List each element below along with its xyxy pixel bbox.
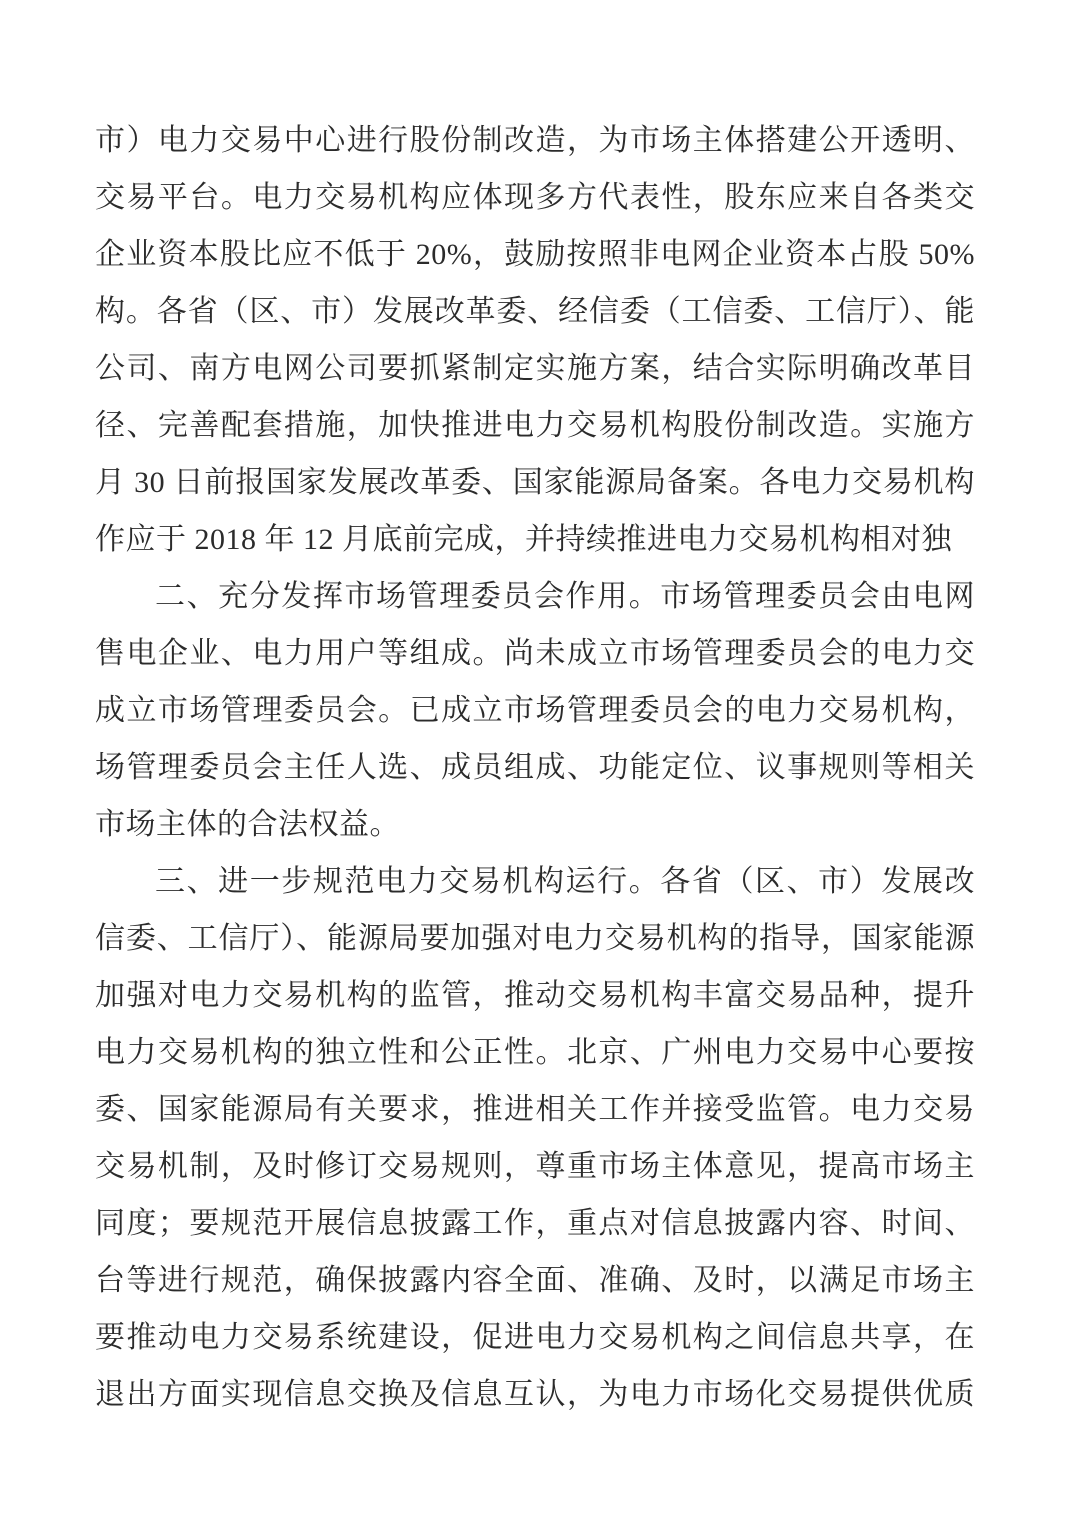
text-line: 要推动电力交易系统建设，促进电力交易机构之间信息共享，在市场主体准入与 [95,1309,975,1366]
text-line: 作应于 2018 年 12 月底前完成，并持续推进电力交易机构相对独立工作。 [95,511,975,568]
document-page: 市）电力交易中心进行股份制改造，为市场主体搭建公开透明、功能完善的电力交易平台。… [0,0,1080,1526]
paragraph-2-item-two: 二、充分发挥市场管理委员会作用。市场管理委员会由电网企业、发电企业、售电企业、电… [95,568,975,853]
paragraph-1-continuation: 市）电力交易中心进行股份制改造，为市场主体搭建公开透明、功能完善的电力交易平台。… [95,112,975,568]
text-line: 成立市场管理委员会。已成立市场管理委员会的电力交易机构，要进一步规范市 [95,682,975,739]
text-line: 售电企业、电力用户等组成。尚未成立市场管理委员会的电力交易机构，要尽快 [95,625,975,682]
text-line: 同度；要规范开展信息披露工作，重点对信息披露内容、时间、频次、方式和平 [95,1195,975,1252]
text-line: 三、进一步规范电力交易机构运行。各省（区、市）发展改革委、经信委（工 [95,853,975,910]
text-line: 交易机制，及时修订交易规则，尊重市场主体意见，提高市场主体的满意度和认 [95,1138,975,1195]
text-line: 委、国家能源局有关要求，推进相关工作并接受监管。电力交易机构要不断完善 [95,1081,975,1138]
text-line: 电力交易机构的独立性和公正性。北京、广州电力交易中心要按照国家发展改革 [95,1024,975,1081]
text-line: 月 30 日前报国家发展改革委、国家能源局备案。各电力交易机构股份制改造工 [95,454,975,511]
text-line: 台等进行规范，确保披露内容全面、准确、及时，以满足市场主体的交易需求； [95,1252,975,1309]
text-line: 市场主体的合法权益。 [95,796,975,853]
text-line: 交易平台。电力交易机构应体现多方代表性，股东应来自各类交易主体，非电网 [95,169,975,226]
text-line: 退出方面实现信息交换及信息互认，为电力市场化交易提供优质高效服务，促进 [95,1366,975,1423]
text-line: 二、充分发挥市场管理委员会作用。市场管理委员会由电网企业、发电企业、 [95,568,975,625]
paragraph-3-item-three: 三、进一步规范电力交易机构运行。各省（区、市）发展改革委、经信委（工信委、工信厅… [95,853,975,1423]
text-line: 企业资本股比应不低于 20%，鼓励按照非电网企业资本占股 50%左右完善股权结 [95,226,975,283]
text-line: 径、完善配套措施，加快推进电力交易机构股份制改造。实施方案请于 2018 年 9 [95,397,975,454]
text-line: 构。各省（区、市）发展改革委、经信委（工信委、工信厅）、能源局和国家电网 [95,283,975,340]
text-line: 市）电力交易中心进行股份制改造，为市场主体搭建公开透明、功能完善的电力 [95,112,975,169]
text-line: 公司、南方电网公司要抓紧制定实施方案，结合实际明确改革目标、细化实施路 [95,340,975,397]
document-body: 市）电力交易中心进行股份制改造，为市场主体搭建公开透明、功能完善的电力交易平台。… [95,112,975,1423]
text-line: 信委、工信厅）、能源局要加强对电力交易机构的指导，国家能源局各派出机构要 [95,910,975,967]
text-line: 加强对电力交易机构的监管，推动交易机构丰富交易品种，提升服务能力，确保 [95,967,975,1024]
text-line: 场管理委员会主任人选、成员组成、功能定位、议事规则等相关工作机制，保障 [95,739,975,796]
